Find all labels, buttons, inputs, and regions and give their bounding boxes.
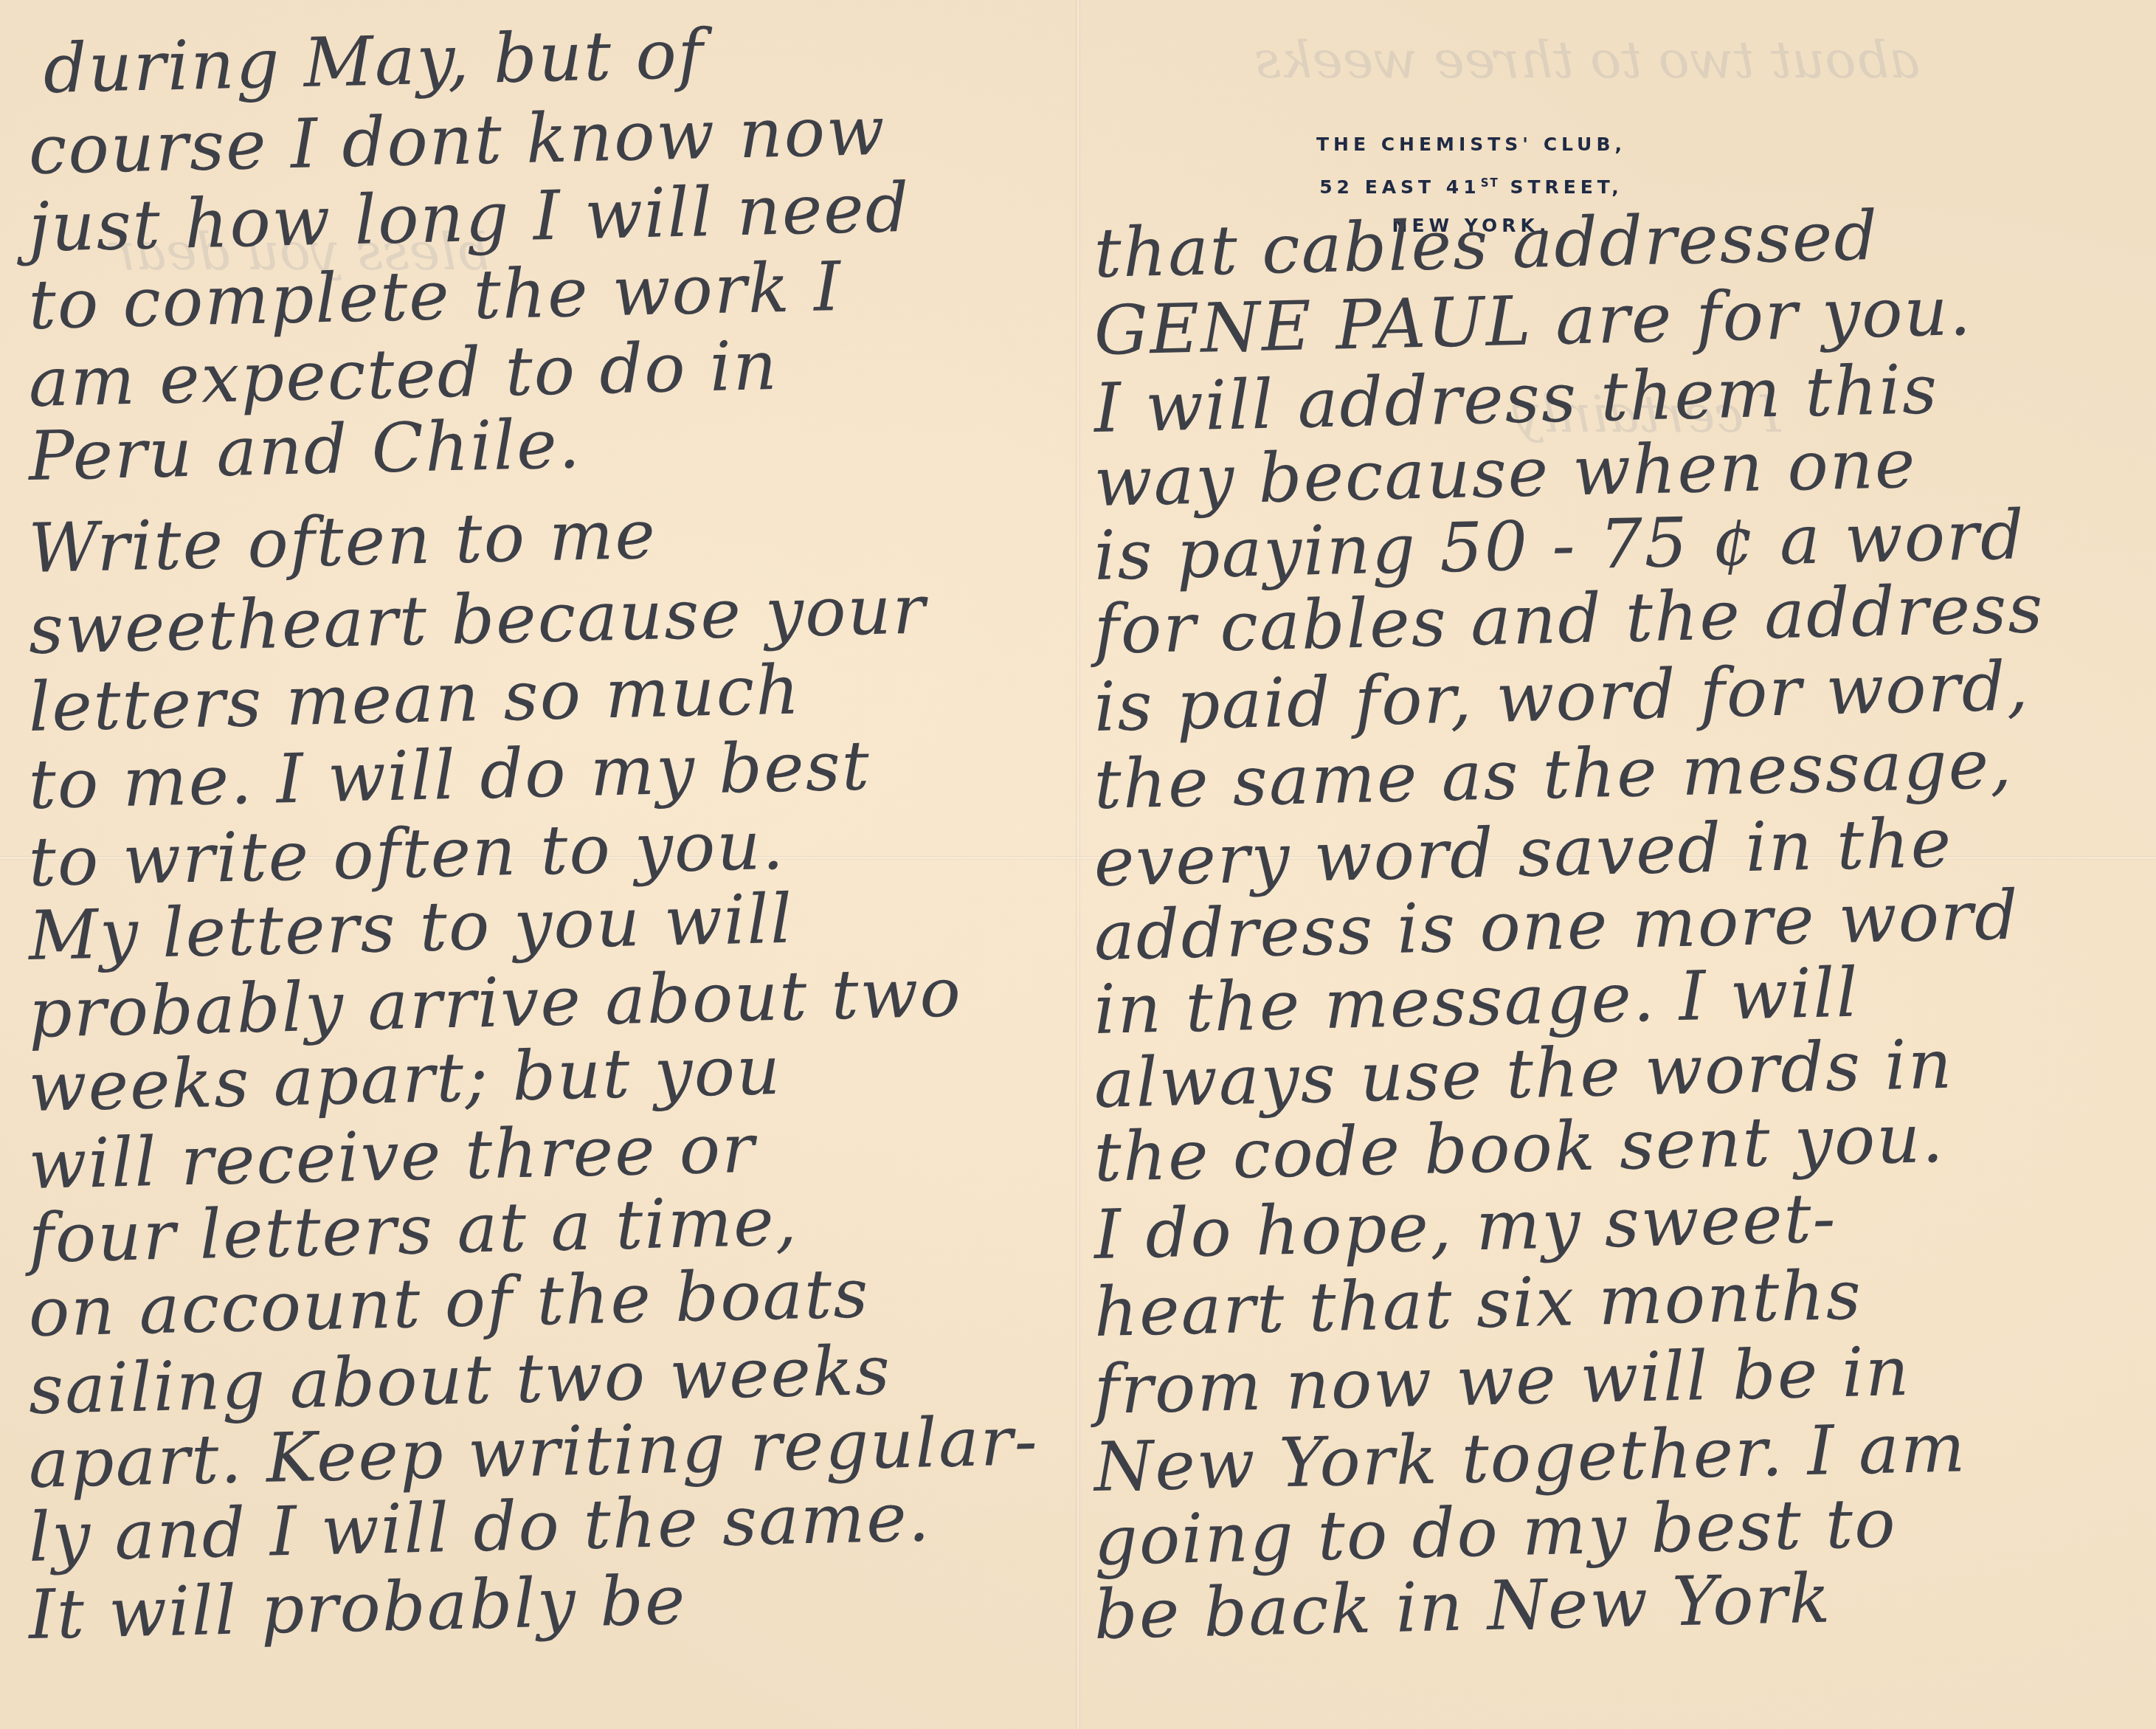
letter-scan: about two to three weeks I certainly ble… bbox=[0, 0, 2156, 1729]
left-page: during May, but of course I dont know no… bbox=[0, 0, 1076, 1729]
handwritten-line: be back in New York bbox=[1093, 1559, 1833, 1654]
handwritten-line: It will probably be bbox=[28, 1561, 688, 1654]
right-page: that cables addressed GENE PAUL are for … bbox=[1080, 0, 2156, 1729]
handwritten-line: Write often to me bbox=[28, 495, 657, 588]
handwritten-line: Peru and Chile. bbox=[28, 404, 582, 496]
handwritten-line: during May, but of bbox=[43, 15, 705, 108]
